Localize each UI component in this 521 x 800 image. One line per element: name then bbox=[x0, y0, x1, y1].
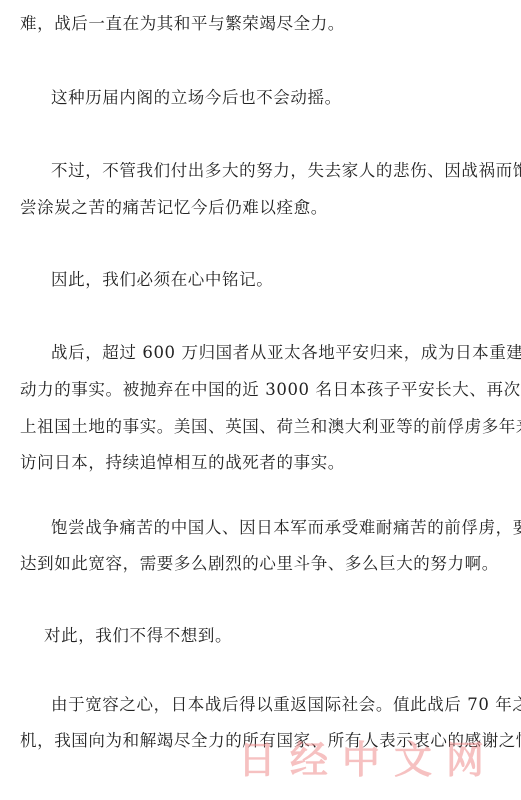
watermark-logo: 日经中文网 bbox=[238, 738, 500, 782]
paragraph-3-line-2: 尝涂炭之苦的痛苦记忆今后仍难以痊愈。 bbox=[20, 197, 328, 219]
paragraph-6-line-1: 饱尝战争痛苦的中国人、因日本军而承受难耐痛苦的前俘虏，要 bbox=[51, 517, 521, 539]
paragraph-6-line-2: 达到如此宽容，需要多么剧烈的心里斗争、多么巨大的努力啊。 bbox=[20, 553, 499, 575]
paragraph-5-line-4: 访问日本，持续追悼相互的战死者的事实。 bbox=[20, 452, 345, 474]
paragraph-5-line-2: 动力的事实。被抛弃在中国的近 3000 名日本孩子平安长大、再次踏 bbox=[20, 379, 521, 401]
paragraph-5-line-1: 战后，超过 600 万归国者从亚太各地平安归来，成为日本重建原 bbox=[51, 342, 521, 364]
paragraph-5-line-3: 上祖国土地的事实。美国、英国、荷兰和澳大利亚等的前俘虏多年来 bbox=[20, 416, 521, 438]
paragraph-7-line-1: 对此，我们不得不想到。 bbox=[44, 625, 232, 647]
paragraph-8-line-1: 由于宽容之心，日本战后得以重返国际社会。值此战后 70 年之 bbox=[51, 694, 521, 716]
paragraph-2-line-1: 这种历届内阁的立场今后也不会动摇。 bbox=[51, 87, 342, 109]
paragraph-4-line-1: 因此，我们必须在心中铭记。 bbox=[51, 269, 273, 291]
paragraph-3-line-1: 不过，不管我们付出多大的努力，失去家人的悲伤、因战祸而饱 bbox=[51, 160, 521, 182]
paragraph-1-line-1: 难，战后一直在为其和平与繁荣竭尽全力。 bbox=[20, 13, 345, 35]
